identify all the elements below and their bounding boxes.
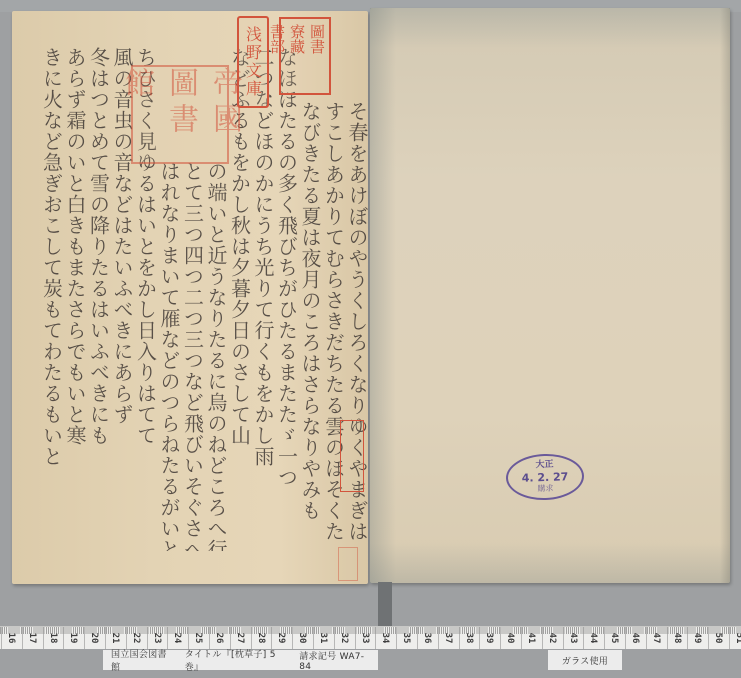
column-red-frame [340,420,364,492]
ruler-mark: 23 [152,628,162,648]
text-column: なびきたる夏は夜月のころはさらなりやみも [299,101,321,571]
ruler-cm-line [417,627,418,649]
ruler-mark: 31 [318,628,328,648]
ruler-mark: 29 [276,628,286,648]
ruler-cm-line [355,627,356,649]
ruler-cm-line [687,627,688,649]
spine-shadow [378,582,392,627]
text-column: 冬はつとめて雪の降りたるはいふべきにも [88,47,110,567]
ruler-cm-line [729,627,730,649]
text-column: とて三つ四つ二つ三つなど飛びいそぐさへあ [182,161,204,551]
ruler-cm-line [126,627,127,649]
ruler-mark: 16 [6,628,16,648]
ruler-mark: 48 [672,628,682,648]
ruler-mark: 28 [256,628,266,648]
ruler-mark: 46 [630,628,640,648]
ruler-cm-line [188,627,189,649]
ruler-cm-line [1,627,2,649]
ruler-mark: 32 [339,628,349,648]
small-red-seal [338,547,358,581]
ruler-cm-line [105,627,106,649]
ruler-cm-line [334,627,335,649]
catalog-label: 国立国会図書館 タイトル『[枕草子] 5巻』 請求記号 WA7-84 [103,650,378,670]
text-column: そ春をあけぼのやうくしろくなりゆくやまぎは [346,101,368,571]
ruler-cm-line [313,627,314,649]
paper-stain [370,543,730,583]
ruler-mark: 51 [734,628,741,648]
ruler-mark: 44 [588,628,598,648]
ruler-mark: 19 [68,628,78,648]
library-red-seal: 圖書寮藏書部 [279,17,331,95]
text-column: はれなりまいて雁などのつらねたるがいと [158,161,180,551]
ruler-mark: 39 [484,628,494,648]
ruler-cm-line [292,627,293,649]
call-number: 請求記号 WA7-84 [299,649,370,672]
measurement-ruler: 1617181920212223242526272829303132333435… [0,626,741,649]
glass-note: ガラス使用 [562,654,608,667]
ruler-mark: 49 [692,628,702,648]
ruler-cm-line [625,627,626,649]
bunko-red-seal: 浅野文庫 [237,16,269,108]
ruler-mark: 22 [131,628,141,648]
ruler-cm-line [479,627,480,649]
ruler-mark: 27 [235,628,245,648]
ruler-cm-line [375,627,376,649]
ruler-cm-line [667,627,668,649]
ruler-mark: 45 [609,628,619,648]
ruler-mark: 36 [422,628,432,648]
institution-name: 国立国会図書館 [111,647,171,673]
ruler-mark: 17 [27,628,37,648]
ruler-mark: 40 [505,628,515,648]
ruler-mark: 18 [48,628,58,648]
ruler-mark: 38 [464,628,474,648]
ruler-cm-line [459,627,460,649]
ruler-mark: 30 [297,628,307,648]
ruler-cm-line [63,627,64,649]
stamp-label: 購求 [537,484,553,495]
ruler-mark: 43 [568,628,578,648]
ruler-mark: 25 [193,628,203,648]
ruler-mark: 26 [214,628,224,648]
text-column: の端いと近うなりたるに烏のねどころへ行く [205,161,227,551]
text-column: なほほたるの多く飛びちがひたるまたたゞ一つ [276,47,298,567]
ruler-mark: 42 [547,628,557,648]
paper-stain [370,8,730,48]
large-red-seal: 帝國圖書館 [131,65,229,164]
stamp-date: 4. 2. 27 [521,470,568,485]
ruler-cm-line [271,627,272,649]
ruler-cm-line [583,627,584,649]
ruler-cm-line [209,627,210,649]
ruler-cm-line [500,627,501,649]
ruler-mark: 33 [360,628,370,648]
ruler-cm-line [43,627,44,649]
ruler-mark: 24 [172,628,182,648]
ruler-cm-line [147,627,148,649]
ruler-cm-line [396,627,397,649]
ruler-mark: 20 [89,628,99,648]
ruler-cm-line [251,627,252,649]
ruler-cm-line [646,627,647,649]
ruler-mark: 50 [713,628,723,648]
glass-note-label: ガラス使用 [548,650,622,670]
text-column: あらず霜のいと白きもまたさらでもいと寒 [64,47,86,567]
text-column: すこしあかりてむらさきだちたる雲のほそくた [323,101,345,571]
ruler-cm-line [542,627,543,649]
ruler-cm-line [708,627,709,649]
ruler-cm-line [84,627,85,649]
ruler-cm-line [521,627,522,649]
ruler-mark: 47 [651,628,661,648]
paper-stain [370,8,396,583]
ruler-cm-line [438,627,439,649]
ruler-cm-line [604,627,605,649]
ruler-mark: 41 [526,628,536,648]
text-column: 二つなどほのかにうち光りて行くもをかし雨 [252,47,274,567]
ruler-mark: 21 [110,628,120,648]
text-column: きに火など急ぎおこして炭もてわたるもいと [41,47,63,567]
stamp-era: 大正 [535,460,553,472]
ruler-cm-line [167,627,168,649]
ruler-cm-line [563,627,564,649]
ruler-mark: 34 [380,628,390,648]
ruler-mark: 37 [443,628,453,648]
title-text: タイトル『[枕草子] 5巻』 [185,647,286,673]
ruler-mark: 35 [401,628,411,648]
ruler-cm-line [22,627,23,649]
paper-edge-shadow [720,8,730,583]
ruler-cm-line [230,627,231,649]
